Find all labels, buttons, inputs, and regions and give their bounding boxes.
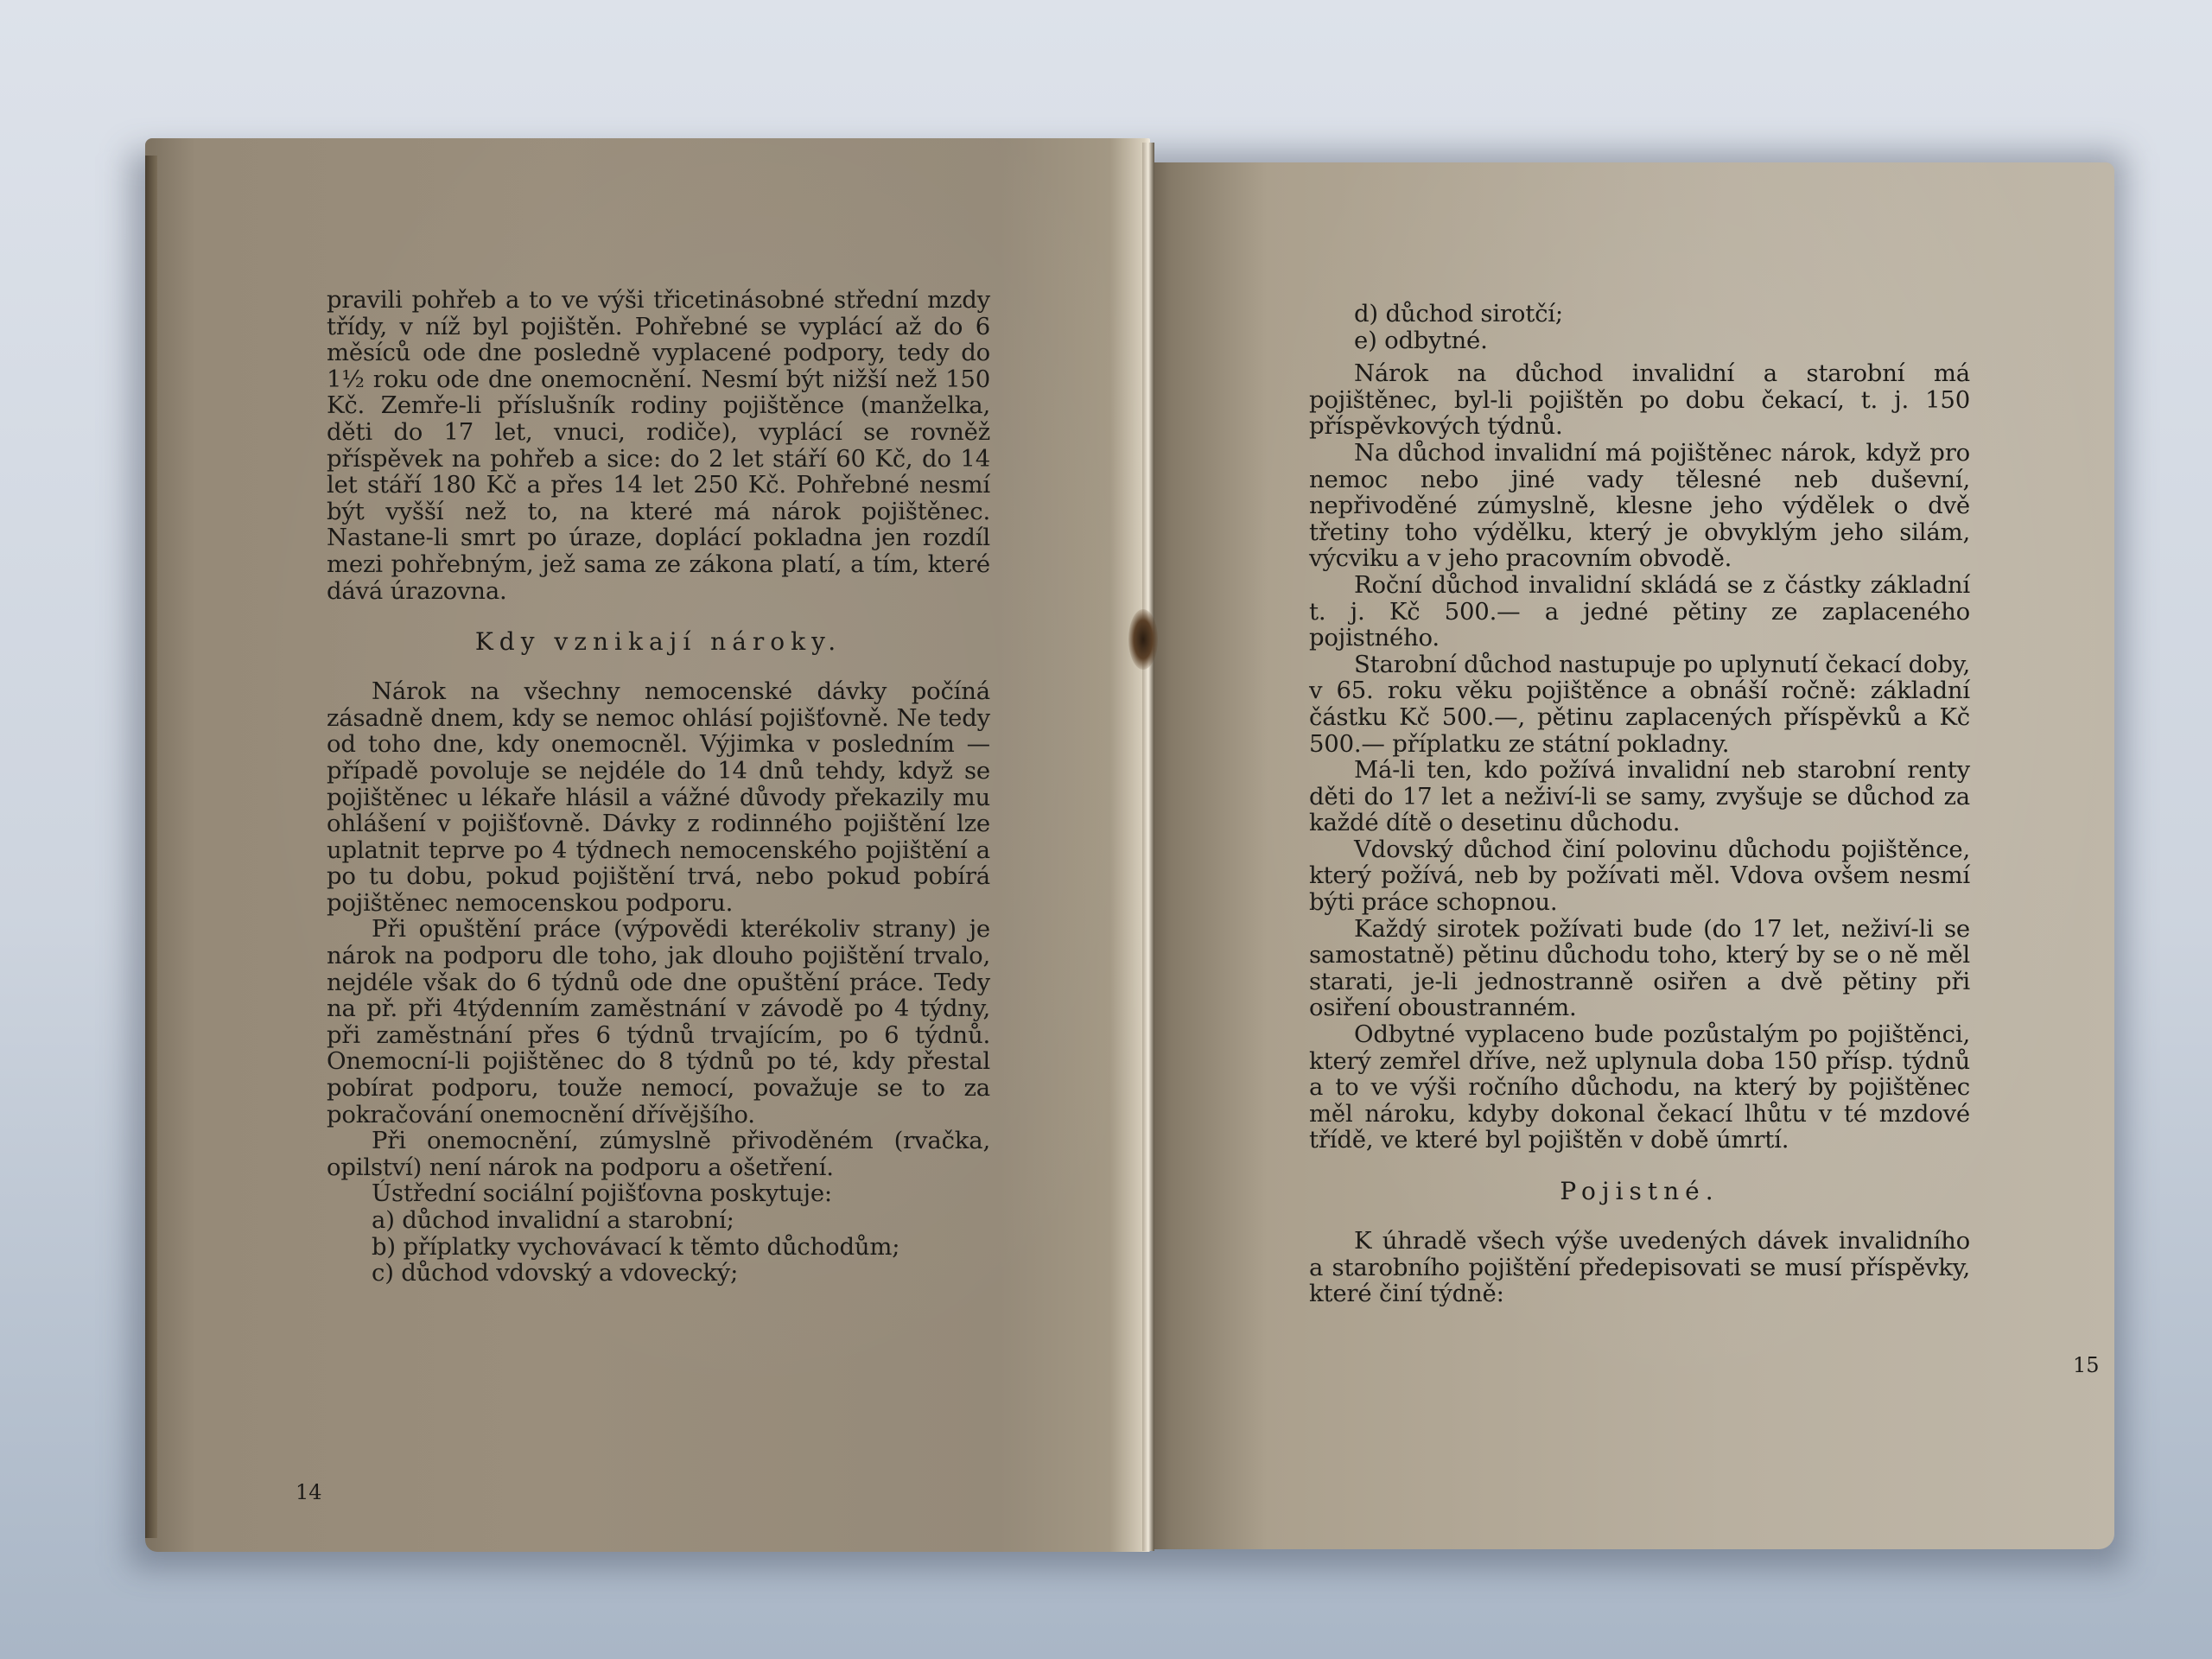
list-item: e) odbytné. <box>1309 327 1970 354</box>
paragraph: Na důchod invalidní má pojištěnec nárok,… <box>1309 440 1970 572</box>
paragraph: Při opuštění práce (výpovědi kterékoliv … <box>327 916 990 1128</box>
left-page: pravili pohřeb a to ve výši třicetinásob… <box>145 138 1150 1552</box>
paragraph: Nárok na všechny nemocenské dávky počíná… <box>327 678 990 916</box>
paragraph: Starobní důchod nastupuje po uplynutí če… <box>1309 652 1970 757</box>
page-number-left: 14 <box>296 1480 322 1504</box>
list-item: a) důchod invalidní a starobní; <box>327 1207 990 1234</box>
binding-staple-stain <box>1128 609 1158 670</box>
paragraph: Při onemocnění, zúmyslně přivoděném (rva… <box>327 1128 990 1180</box>
paragraph: Odbytné vyplaceno bude pozůstalým po poj… <box>1309 1021 1970 1154</box>
section-heading-kdy-vznikaji-naroky: Kdy vznikají nároky. <box>327 628 990 656</box>
booklet-spine <box>1142 143 1154 1551</box>
paragraph: Má-li ten, kdo požívá invalidní neb star… <box>1309 757 1970 836</box>
list-intro: Ústřední sociální pojišťovna poskytuje: <box>327 1180 990 1207</box>
left-page-text: pravili pohřeb a to ve výši třicetinásob… <box>327 287 990 1287</box>
paragraph: Každý sirotek požívati bude (do 17 let, … <box>1309 916 1970 1021</box>
continuation-paragraph: pravili pohřeb a to ve výši třicetinásob… <box>327 287 990 604</box>
right-page: d) důchod sirotčí; e) odbytné. Nárok na … <box>1152 162 2114 1549</box>
paragraph: Nárok na důchod invalidní a starobní má … <box>1309 360 1970 440</box>
paragraph: Vdovský důchod činí polovinu důchodu poj… <box>1309 836 1970 916</box>
list-item: b) příplatky vychovávací k těmto důchodů… <box>327 1234 990 1261</box>
closing-paragraph: K úhradě všech výše uvedených dávek inva… <box>1309 1228 1970 1307</box>
section-heading-pojistne: Pojistné. <box>1309 1178 1970 1205</box>
page-number-right: 15 <box>2073 1353 2100 1377</box>
list-item: c) důchod vdovský a vdovecký; <box>327 1260 990 1287</box>
paragraph: Roční důchod invalidní skládá se z částk… <box>1309 572 1970 652</box>
list-item: d) důchod sirotčí; <box>1309 301 1970 327</box>
right-page-text: d) důchod sirotčí; e) odbytné. Nárok na … <box>1309 301 1970 1307</box>
